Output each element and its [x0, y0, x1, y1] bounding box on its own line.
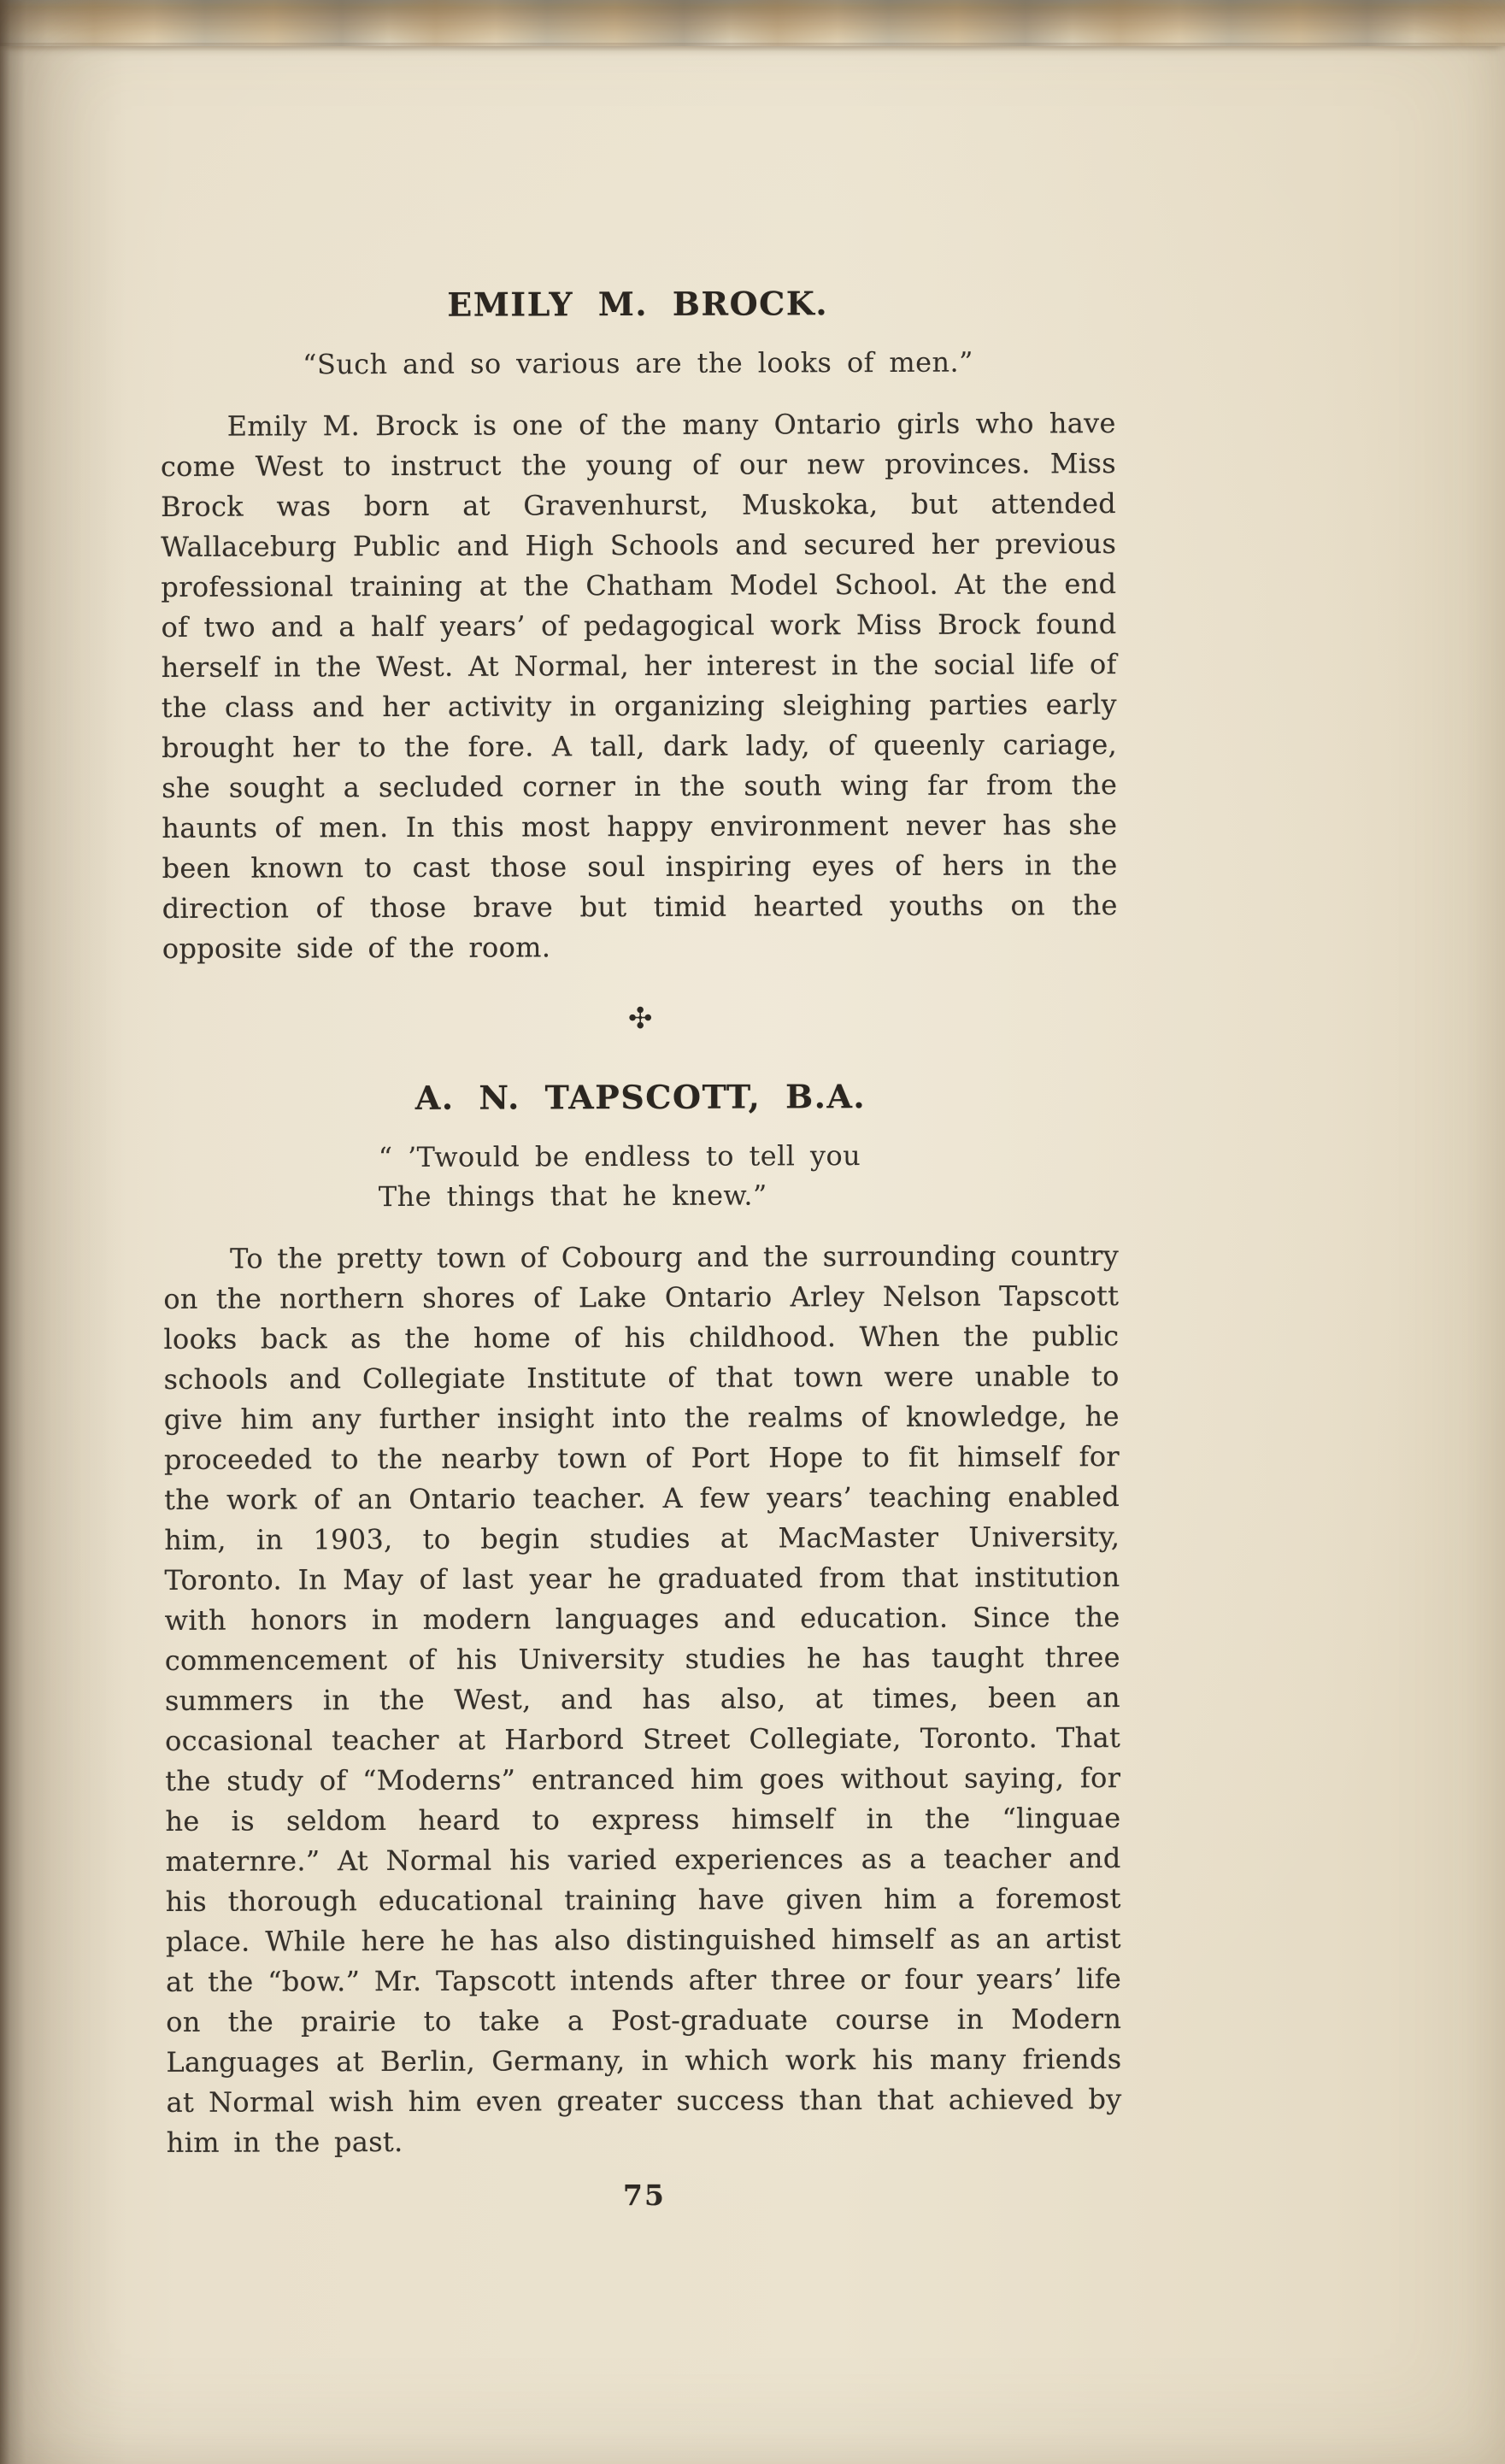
section-heading-tapscott: A. N. TAPSCOTT, B.A. — [162, 1077, 1118, 1118]
binding-gutter-shadow — [0, 0, 128, 2464]
epigraph-quote-brock: “Such and so various are the looks of me… — [160, 342, 1115, 385]
scanned-book-page: EMILY M. BROCK. “Such and so various are… — [159, 0, 1122, 2214]
epigraph-line-1: “ ’Twould be endless to tell you — [379, 1135, 1119, 1177]
section-heading-brock: EMILY M. BROCK. — [160, 284, 1115, 325]
biography-paragraph-tapscott: To the pretty town of Cobourg and the su… — [163, 1236, 1122, 2163]
epigraph-quote-tapscott: “ ’Twould be endless to tell you The thi… — [163, 1135, 1119, 1217]
section-divider-ornament: ✣ — [162, 1002, 1118, 1036]
page-number: 75 — [167, 2177, 1122, 2214]
biography-section-tapscott: A. N. TAPSCOTT, B.A. “ ’Twould be endles… — [162, 1077, 1121, 2163]
epigraph-line-2: The things that he knew.” — [379, 1174, 1119, 1216]
biography-section-brock: EMILY M. BROCK. “Such and so various are… — [160, 284, 1118, 969]
biography-paragraph-brock: Emily M. Brock is one of the many Ontari… — [161, 403, 1118, 969]
